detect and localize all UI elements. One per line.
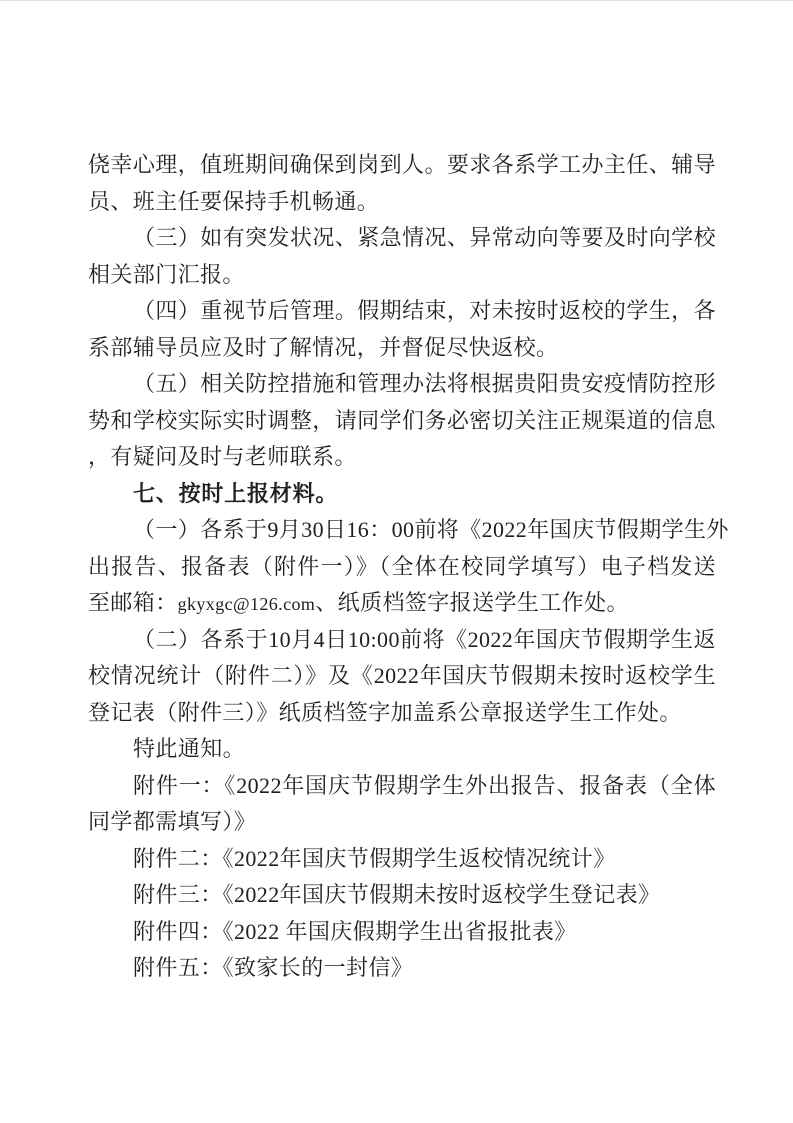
closing-notice-line: 特此通知。: [88, 731, 716, 768]
attachment-4-line: 附件四：《2022 年国庆假期学生出省报批表》: [88, 914, 716, 951]
attachment-1-line-2: 同学都需填写）》: [88, 804, 716, 841]
para-item5-line-3: ，有疑问及时与老师联系。: [88, 439, 716, 476]
para-item4-line-1: （四）重视节后管理。假期结束，对未按时返校的学生，各: [88, 293, 716, 330]
document-page: 侥幸心理，值班期间确保到岗到人。要求各系学工办主任、辅导 员、班主任要保持手机畅…: [0, 0, 793, 1123]
email-line-suffix: 、纸质档签字报送学生工作处。: [315, 590, 629, 615]
para-item3-line-1: （三）如有突发状况、紧急情况、异常动向等要及时向学校: [88, 220, 716, 257]
attachment-2-line: 附件二：《2022年国庆节假期学生返校情况统计》: [88, 841, 716, 878]
para-duty-line-1: 侥幸心理，值班期间确保到岗到人。要求各系学工办主任、辅导: [88, 147, 716, 184]
email-address: gkyxgc@126.com: [178, 594, 316, 614]
attachment-3-line: 附件三：《2022年国庆节假期未按时返校学生登记表》: [88, 877, 716, 914]
para-report2-line-3: 登记表（附件三）》纸质档签字加盖系公章报送学生工作处。: [88, 695, 716, 732]
para-report1-line-1: （一）各系于9月30日16：00前将《2022年国庆节假期学生外: [88, 512, 716, 549]
document-body: 侥幸心理，值班期间确保到岗到人。要求各系学工办主任、辅导 员、班主任要保持手机畅…: [88, 147, 716, 987]
para-report1-line-2: 出报告、报备表（附件一）》（全体在校同学填写）电子档发送: [88, 549, 716, 586]
email-line: 至邮箱：gkyxgc@126.com、纸质档签字报送学生工作处。: [88, 585, 716, 622]
para-item5-line-1: （五）相关防控措施和管理办法将根据贵阳贵安疫情防控形: [88, 366, 716, 403]
para-item4-line-2: 系部辅导员应及时了解情况，并督促尽快返校。: [88, 330, 716, 367]
para-report2-line-1: （二）各系于10月4日10:00前将《2022年国庆节假期学生返: [88, 622, 716, 659]
para-duty-line-2: 员、班主任要保持手机畅通。: [88, 184, 716, 221]
attachment-5-line: 附件五：《致家长的一封信》: [88, 950, 716, 987]
para-item5-line-2: 势和学校实际实时调整，请同学们务必密切关注正规渠道的信息: [88, 403, 716, 440]
email-line-prefix: 至邮箱：: [88, 590, 178, 615]
para-report2-line-2: 校情况统计（附件二）》及《2022年国庆节假期未按时返校学生: [88, 658, 716, 695]
para-item3-line-2: 相关部门汇报。: [88, 257, 716, 294]
attachment-1-line-1: 附件一：《2022年国庆节假期学生外出报告、报备表（全体: [88, 768, 716, 805]
section-7-heading: 七、按时上报材料。: [88, 476, 716, 513]
